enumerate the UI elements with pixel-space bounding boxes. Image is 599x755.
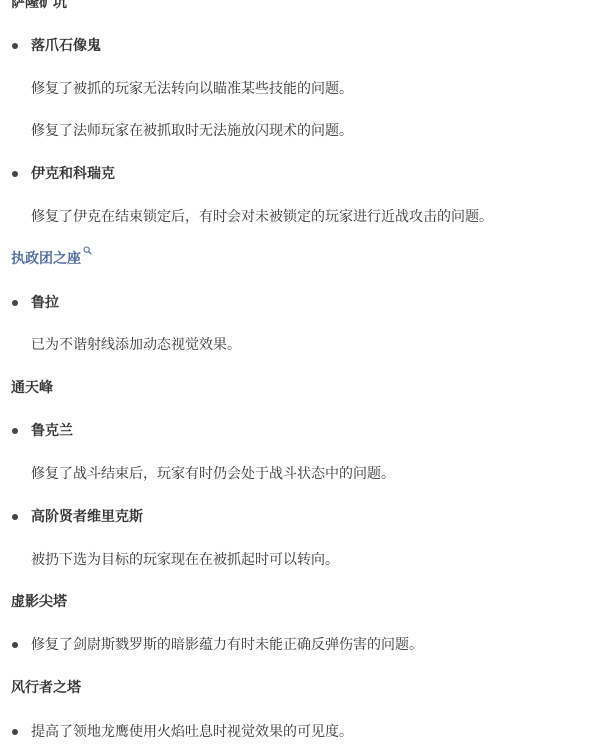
fix-note: 修复了法师玩家在被抓取时无法施放闪现术的问题。	[31, 121, 353, 141]
bullet-icon	[12, 300, 18, 306]
fix-note: 已为不谐射线添加动态视觉效果。	[31, 335, 241, 355]
fix-note: 修复了剑尉斯戮罗斯的暗影蕴力有时未能正确反弹伤害的问题。	[31, 635, 423, 655]
section-heading-seat-of-triumvirate-link[interactable]: 执政团之座	[11, 249, 92, 269]
bullet-icon	[12, 428, 18, 434]
bullet-icon	[12, 171, 18, 177]
boss-name: 高阶贤者维里克斯	[31, 507, 143, 527]
fix-note: 修复了被抓的玩家无法转向以瞄准某些技能的问题。	[31, 79, 353, 99]
search-icon[interactable]	[83, 246, 92, 255]
fix-note: 被扔下选为目标的玩家现在在被抓起时可以转向。	[31, 550, 339, 570]
boss-name: 鲁拉	[31, 293, 59, 313]
boss-name: 落爪石像鬼	[31, 36, 101, 56]
section-heading-shadowmoon-spire: 虚影尖塔	[11, 592, 67, 612]
section-heading-windrunner-spire: 风行者之塔	[11, 678, 81, 698]
section-heading-label[interactable]: 执政团之座	[11, 251, 81, 267]
fix-note: 修复了伊克在结束锁定后，有时会对未被锁定的玩家进行近战攻击的问题。	[31, 207, 493, 227]
bullet-icon	[12, 729, 18, 735]
fix-note: 提高了领地龙鹰使用火焰吐息时视觉效果的可见度。	[31, 722, 353, 742]
section-heading-pit-of-saron: 萨隆矿坑	[11, 0, 67, 13]
fix-note: 修复了战斗结束后，玩家有时仍会处于战斗状态中的问题。	[31, 464, 395, 484]
bullet-icon	[12, 514, 18, 520]
bullet-icon	[12, 43, 18, 49]
section-heading-skyreach: 通天峰	[11, 378, 53, 398]
bullet-icon	[12, 642, 18, 648]
boss-name: 鲁克兰	[31, 421, 73, 441]
boss-name: 伊克和科瑞克	[31, 164, 115, 184]
